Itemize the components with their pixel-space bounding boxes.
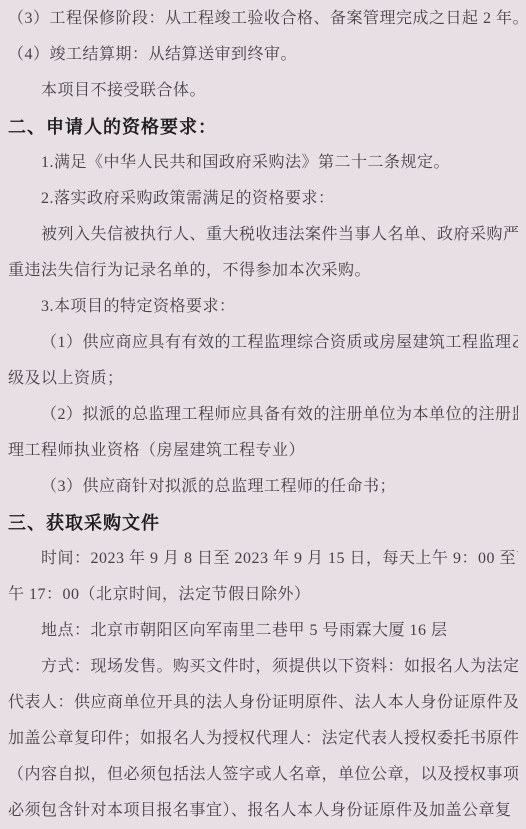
paragraph-line: 必须包含针对本项目报名事宜）、报名人本人身份证原件及加盖公章复 bbox=[8, 793, 518, 829]
paragraph-line: （2）拟派的总监理工程师应具备有效的注册单位为本单位的注册监 bbox=[8, 397, 518, 433]
paragraph-line: 被列入失信被执行人、重大税收违法案件当事人名单、政府采购严 bbox=[8, 217, 518, 253]
paragraph-line: 重违法失信行为记录名单的，不得参加本次采购。 bbox=[8, 253, 518, 289]
paragraph-line: 理工程师执业资格（房屋建筑工程专业） bbox=[8, 433, 518, 469]
paragraph-line: （3）工程保修阶段：从工程竣工验收合格、备案管理完成之日起 2 年。 bbox=[8, 1, 518, 37]
paragraph-line: 地点：北京市朝阳区向军南里二巷甲 5 号雨霖大厦 16 层 bbox=[8, 613, 518, 649]
paragraph-line: （4）竣工结算期：从结算送审到终审。 bbox=[8, 37, 518, 73]
paragraph-line: 时间：2023 年 9 月 8 日至 2023 年 9 月 15 日，每天上午 … bbox=[8, 541, 518, 577]
paragraph-line: 方式：现场发售。购买文件时，须提供以下资料：如报名人为法定 bbox=[8, 649, 518, 685]
document-page: （3）工程保修阶段：从工程竣工验收合格、备案管理完成之日起 2 年。 （4）竣工… bbox=[0, 0, 526, 829]
section-heading-2: 二、申请人的资格要求： bbox=[8, 109, 518, 145]
paragraph-line: 3.本项目的特定资格要求： bbox=[8, 289, 518, 325]
paragraph-line: 午 17：00（北京时间，法定节假日除外） bbox=[8, 577, 518, 613]
paragraph-line: 本项目不接受联合体。 bbox=[8, 73, 518, 109]
paragraph-line: 级及以上资质； bbox=[8, 361, 518, 397]
paragraph-line: （内容自拟，但必须包括法人签字或人名章，单位公章，以及授权事项 bbox=[8, 757, 518, 793]
section-heading-3: 三、获取采购文件 bbox=[8, 505, 518, 541]
paragraph-line: 代表人：供应商单位开具的法人身份证明原件、法人本人身份证原件及 bbox=[8, 685, 518, 721]
paragraph-line: 加盖公章复印件；如报名人为授权代理人：法定代表人授权委托书原件 bbox=[8, 721, 518, 757]
paragraph-line: （1）供应商应具有有效的工程监理综合资质或房屋建筑工程监理乙 bbox=[8, 325, 518, 361]
paragraph-line: （3）供应商针对拟派的总监理工程师的任命书； bbox=[8, 469, 518, 505]
paragraph-line: 2.落实政府采购政策需满足的资格要求： bbox=[8, 181, 518, 217]
paragraph-line: 1.满足《中华人民共和国政府采购法》第二十二条规定。 bbox=[8, 145, 518, 181]
